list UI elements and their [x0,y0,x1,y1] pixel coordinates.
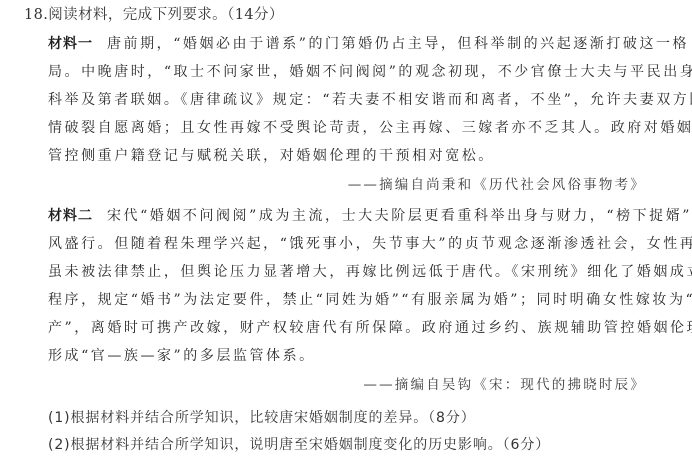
question-heading: 18.阅读材料，完成下列要求。（14分） [24,6,284,24]
material-2-source: ——摘编自吴钩《宋：现代的拂晓时辰》 [363,376,646,394]
sub-question-1: (1)根据材料并结合所学知识，比较唐宋婚姻制度的差异。（8分） [48,409,476,427]
material-1-line-3: 科举及第者联姻。《唐律疏议》规定：“若夫妻不相安谐而和离者，不坐”，允许夫妻双方… [48,91,692,109]
material-2-line-4: 程序，规定“婚书”为法定要件，禁止“同姓为婚”“有服亲属为婚”；同时明确女性嫁妆… [48,291,692,309]
material-2-text: 宋代“婚姻不问阀阅”成为主流，士大夫阶层更看重科举出身与财力，“榜下捉婿”之 [107,208,692,224]
material-1-line-4: 情破裂自愿离婚；且女性再嫁不受舆论苛责，公主再嫁、三嫁者亦不乏其人。政府对婚姻的 [48,119,692,137]
question-title: 阅读材料，完成下列要求。（14分） [48,7,284,23]
exam-question-page: 18.阅读材料，完成下列要求。（14分） 材料一唐前期，“婚姻必由于谱系”的门第… [0,0,692,461]
material-1-line-5: 管控侧重户籍登记与赋税关联，对婚姻伦理的干预相对宽松。 [48,147,495,165]
sub-question-2: (2)根据材料并结合所学知识，说明唐至宋婚姻制度变化的历史影响。（6分） [48,436,550,454]
material-1-source: ——摘编自尚秉和《历代社会风俗事物考》 [348,176,646,194]
material-2-line-1: 材料二宋代“婚姻不问阀阅”成为主流，士大夫阶层更看重科举出身与财力，“榜下捉婿”… [48,207,692,225]
material-2-label: 材料二 [48,208,93,224]
material-1-label: 材料一 [48,36,93,52]
question-number: 18. [24,7,48,23]
material-1-text: 唐前期，“婚姻必由于谱系”的门第婚仍占主导，但科举制的兴起逐渐打破这一格 [107,36,689,52]
material-1-line-2: 局。中晚唐时，“取士不问家世，婚姻不问阀阅”的观念初现，不少官僚士大夫与平民出身… [48,63,692,81]
material-2-line-3: 虽未被法律禁止，但舆论压力显著增大，再嫁比例远低于唐代。《宋刑统》细化了婚姻成立… [48,263,692,281]
material-1-line-1: 材料一唐前期，“婚姻必由于谱系”的门第婚仍占主导，但科举制的兴起逐渐打破这一格 [48,35,689,53]
material-2-line-2: 风盛行。但随着程朱理学兴起，“饿死事小，失节事大”的贞节观念逐渐渗透社会，女性再… [48,235,692,253]
material-2-line-5: 产”，离婚时可携产改嫁，财产权较唐代有所保障。政府通过乡约、族规辅助管控婚姻伦理… [48,319,692,337]
material-2-line-6: 形成“官—族—家”的多层监管体系。 [48,347,316,365]
